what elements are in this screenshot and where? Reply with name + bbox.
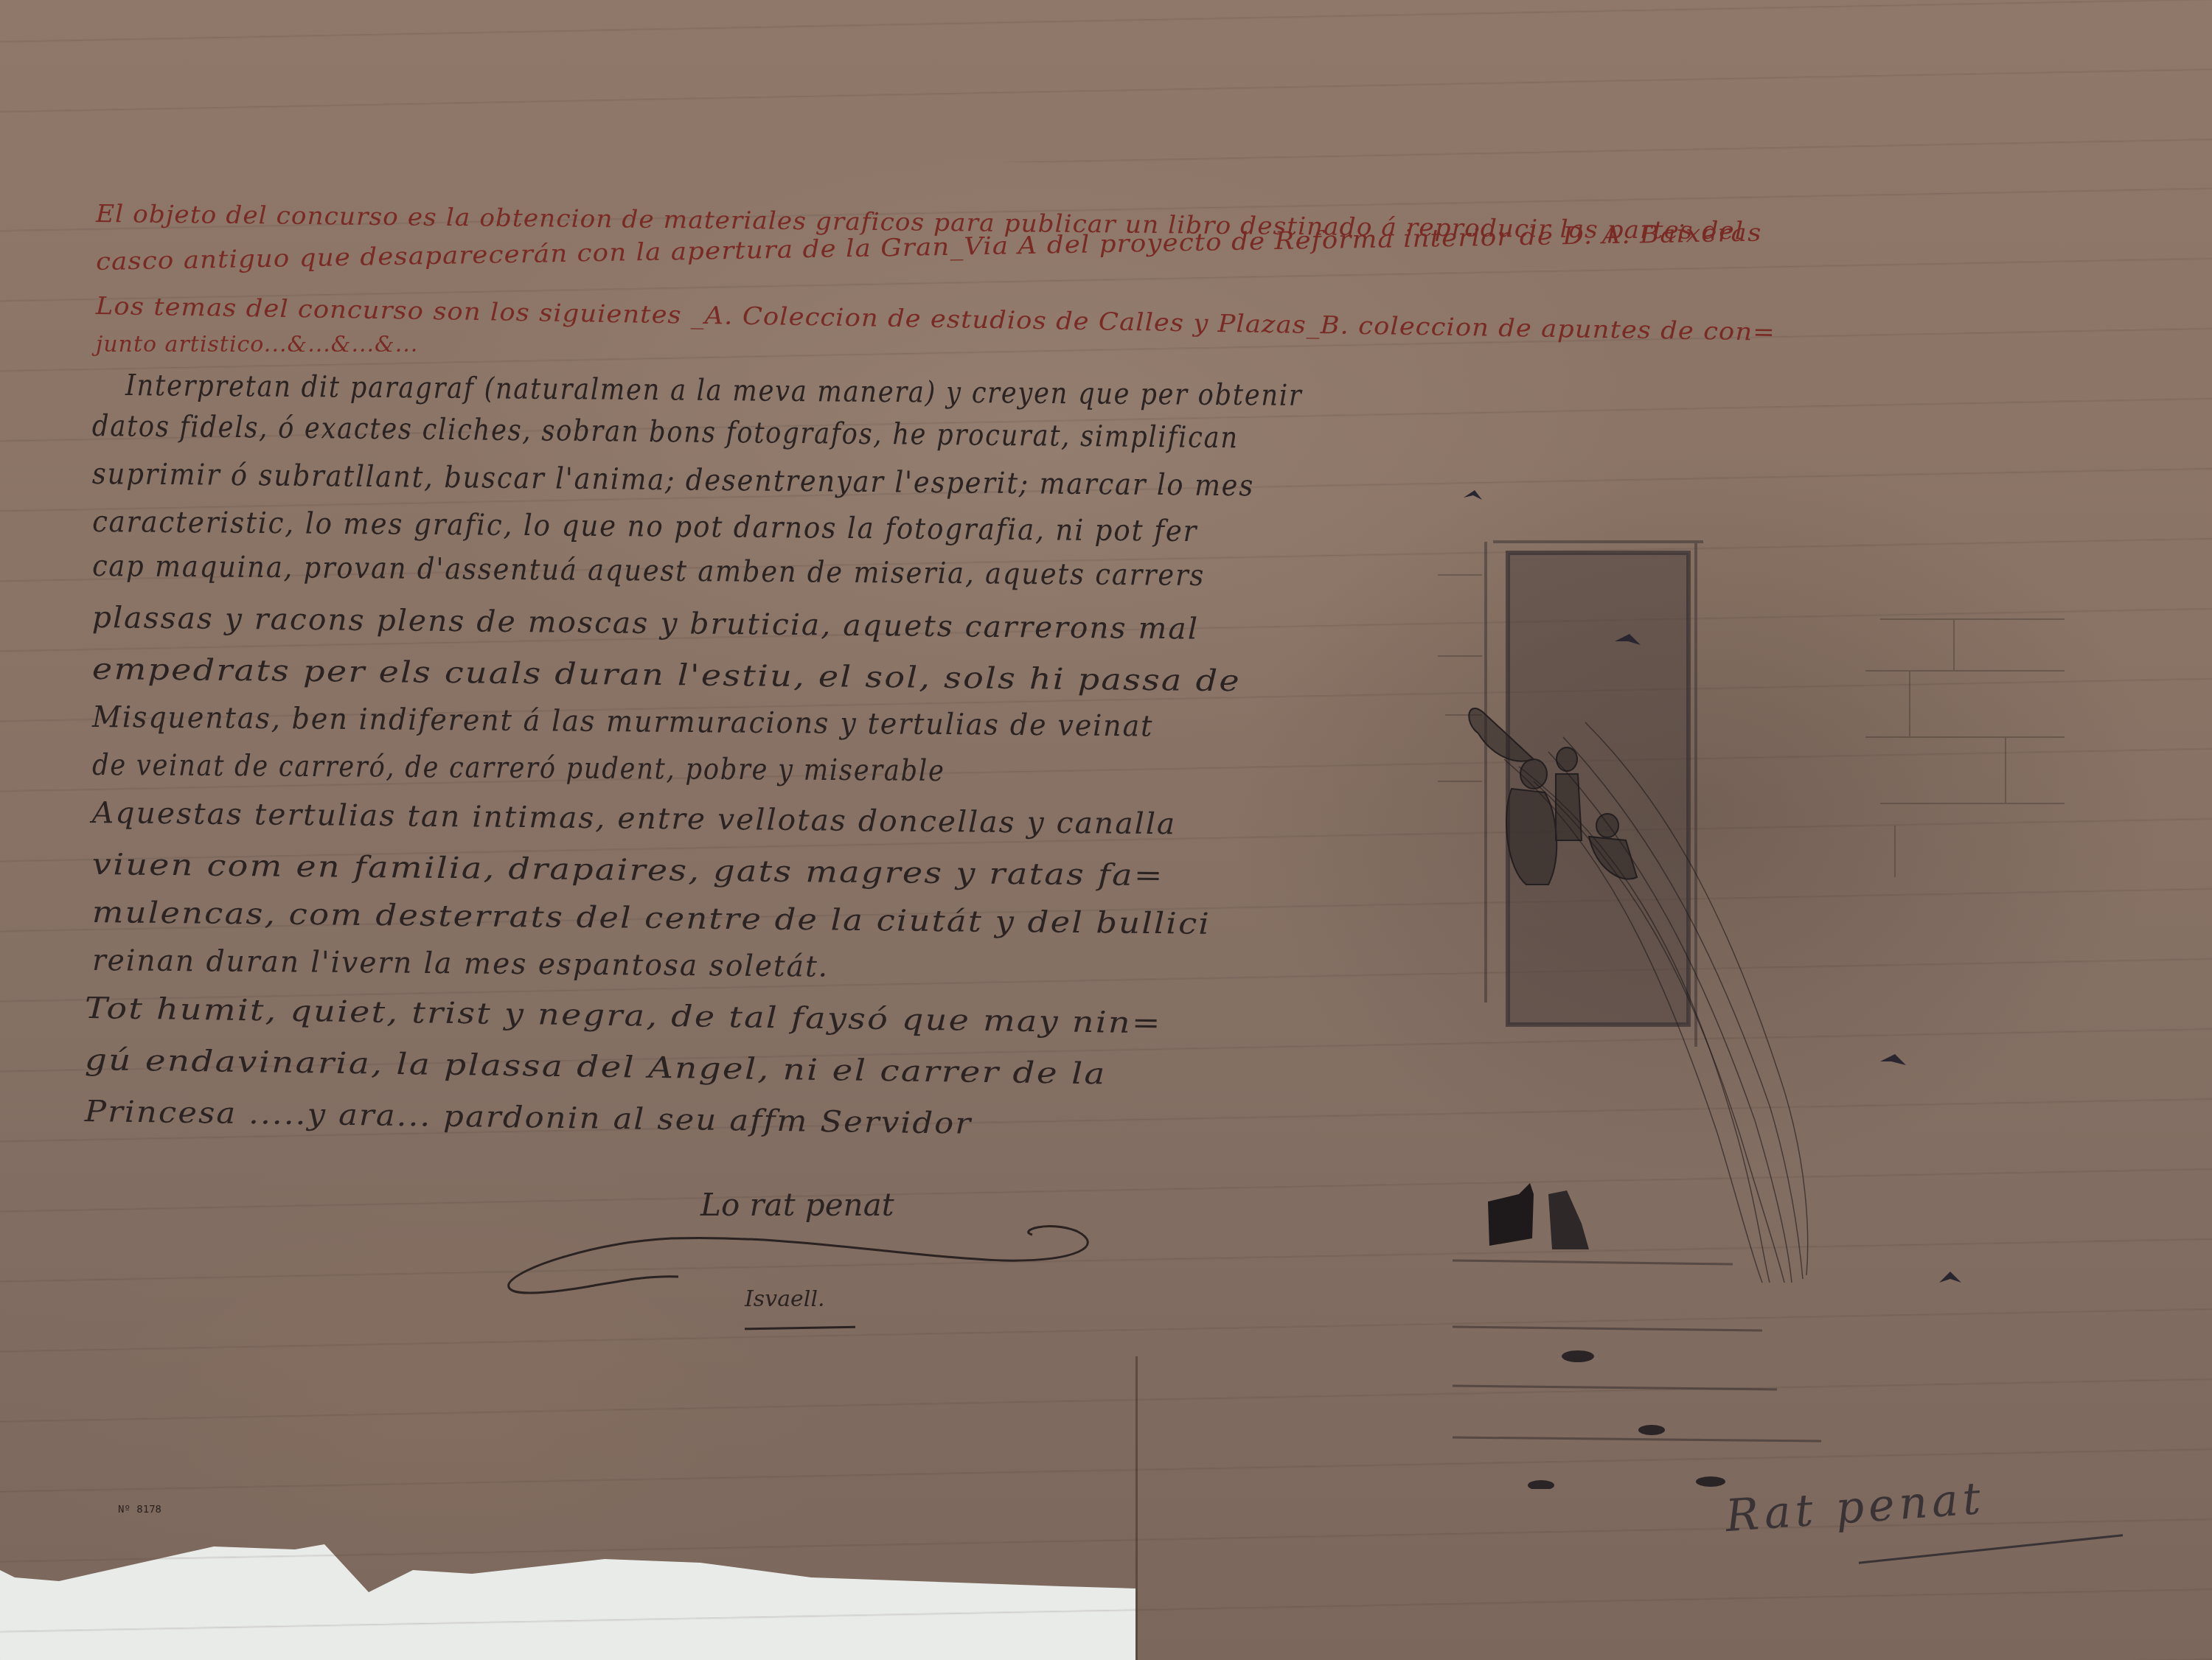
ink-drawing <box>1438 457 2065 1489</box>
header-line-4: junto artistico...&...&...&... <box>96 332 418 358</box>
body-line-9: de veinat de carreró, de carreró pudent,… <box>92 748 945 788</box>
black-cat <box>1488 1183 1534 1246</box>
sitting-cat <box>1548 1190 1589 1249</box>
boy-head <box>1557 747 1577 771</box>
signature-author: Isvaell. <box>745 1286 825 1312</box>
archive-stamp: Nº 8178 <box>118 1504 161 1516</box>
cats <box>1488 1183 1589 1249</box>
rats <box>1528 1350 1725 1489</box>
paper-tear <box>1135 1356 1138 1660</box>
doorway-scene-illustration <box>1438 457 2065 1489</box>
woman-head <box>1520 759 1547 789</box>
body-line-13: reinan duran l'ivern la mes espantosa so… <box>92 944 829 984</box>
